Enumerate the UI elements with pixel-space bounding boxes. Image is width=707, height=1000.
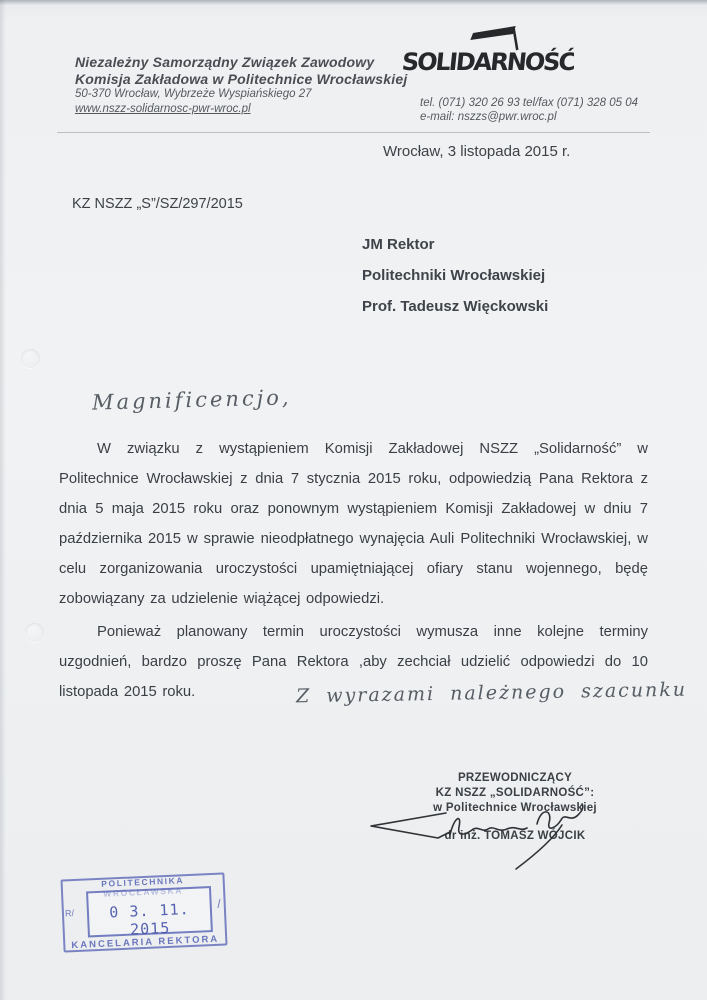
letterhead-divider	[57, 132, 650, 133]
hole-punch-mark	[25, 623, 44, 642]
letterhead-org-line2: Komisja Zakładowa w Politechnice Wrocław…	[75, 71, 407, 88]
scanned-letter-page: SOLIDARNOŚĆ Niezależny Samorządny Związe…	[0, 0, 707, 1000]
recipient-line2: Politechniki Wrocławskiej	[362, 260, 622, 291]
letterhead-phone: tel. (071) 320 26 93 tel/fax (071) 328 0…	[420, 97, 638, 109]
dateline: Wrocław, 3 listopada 2015 r.	[383, 143, 570, 160]
letterhead-org-line1: Niezależny Samorządny Związek Zawodowy	[75, 54, 407, 71]
logo-flag-icon	[470, 26, 515, 40]
scan-edge-shadow-top	[0, 0, 707, 5]
signature-title-1: PRZEWODNICZĄCY	[425, 771, 605, 786]
recipient-block: JM Rektor Politechniki Wrocławskiej Prof…	[362, 229, 622, 322]
logo-text: SOLIDARNOŚĆ	[401, 46, 574, 76]
handwritten-salutation: Magnificencjo,	[92, 385, 292, 414]
hole-punch-mark	[21, 349, 40, 368]
stamp-slash: /	[217, 897, 221, 911]
body-paragraph-1: W związku z wystąpieniem Komisji Zakłado…	[59, 434, 648, 614]
stamp-ref-prefix: R/	[65, 908, 74, 918]
recipient-line1: JM Rektor	[362, 229, 622, 260]
letterhead-email: e-mail: nszzs@pwr.wroc.pl	[420, 111, 557, 123]
letterhead-website: www.nszz-solidarnosc-pwr-wroc.pl	[75, 103, 251, 115]
reference-number: KZ NSZZ „S”/SZ/297/2015	[72, 196, 243, 212]
solidarnosc-logo: SOLIDARNOŚĆ	[396, 24, 574, 80]
scan-edge-shadow-left	[0, 0, 6, 1000]
letterhead-address: 50-370 Wrocław, Wybrzeże Wyspiańskiego 2…	[75, 88, 312, 100]
stamp-date-box: 0 3. 11. 2015	[86, 886, 213, 937]
registry-stamp: POLITECHNIKA WROCŁAWSKA R/ 0 3. 11. 2015…	[60, 872, 227, 952]
handwritten-signature-icon	[366, 799, 610, 871]
letterhead-org: Niezależny Samorządny Związek Zawodowy K…	[75, 54, 407, 87]
recipient-line3: Prof. Tadeusz Więckowski	[362, 291, 622, 322]
letter-body: W związku z wystąpieniem Komisji Zakłado…	[59, 434, 648, 707]
